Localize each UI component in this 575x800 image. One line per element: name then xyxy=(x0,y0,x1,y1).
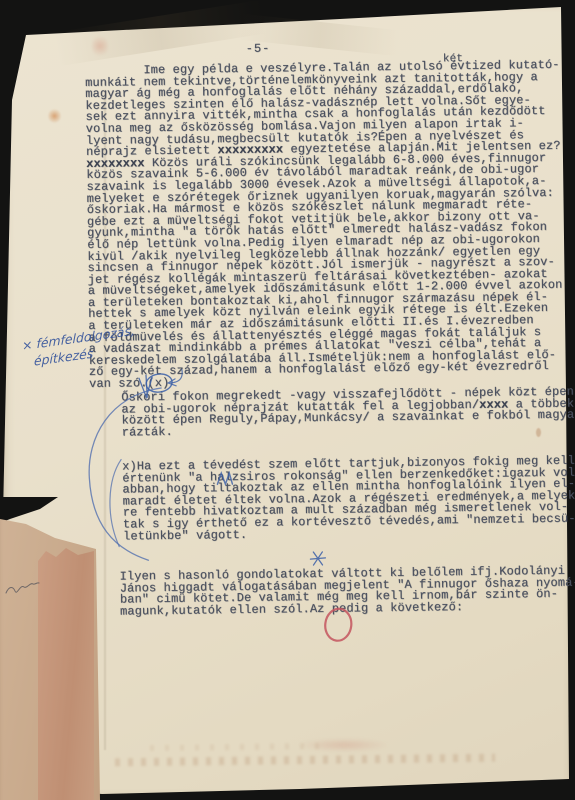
page-number: -5- xyxy=(246,42,271,56)
attached-kraft-scrap xyxy=(0,505,108,800)
tape-strip xyxy=(38,543,94,800)
paragraph-2: Őskori fokon megrekedt -vagy visszafejlő… xyxy=(121,387,575,439)
footnote-paragraph: x)Ha ezt a tévedést szem előtt tartjuk,b… xyxy=(122,456,575,543)
pen-asterisk-mark xyxy=(310,552,325,565)
scanned-typewritten-page: -5- két Ime egy példa e veszélyre.Talán … xyxy=(0,0,575,800)
paragraph-3: Ilyen s hasonló gondolatokat váltott ki … xyxy=(120,566,575,618)
inserted-word-ket: két xyxy=(443,53,463,65)
pencil-scribble xyxy=(2,577,42,601)
paragraph-1: két Ime egy példa e veszélyre.Talán az u… xyxy=(85,60,564,391)
pen-margin-bracket-inner xyxy=(109,460,122,547)
typed-line: magunk,kutatók ellen szól.Az pedig a köv… xyxy=(120,600,575,618)
